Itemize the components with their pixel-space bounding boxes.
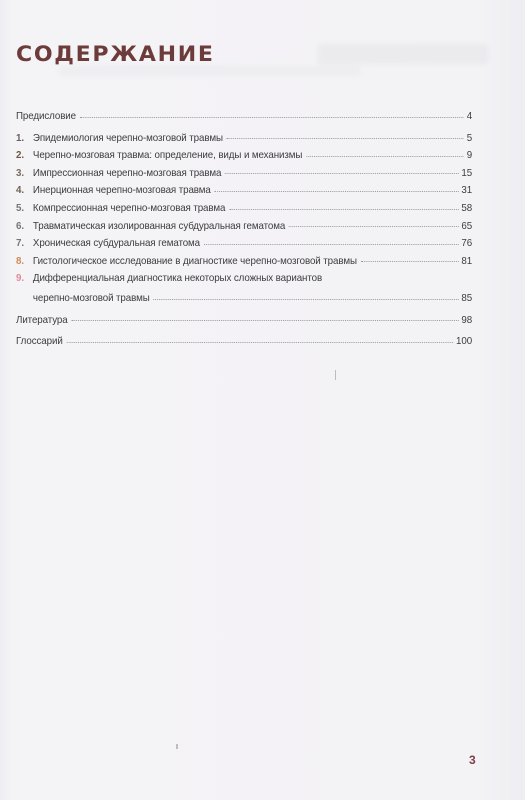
- toc-entry-chapter-2[interactable]: 2.Черепно-мозговая травма: определение, …: [16, 147, 472, 165]
- dot-leader: [80, 116, 464, 118]
- chapter-number: 7.: [16, 235, 33, 253]
- chapter-number: 2.: [16, 147, 33, 165]
- dot-leader: [153, 298, 458, 300]
- chapter-number: 8.: [16, 253, 33, 271]
- chapter-number: 9.: [16, 270, 33, 288]
- toc-entry-page: 85: [461, 290, 472, 308]
- toc-entry-label: Импрессионная черепно-мозговая травма: [33, 165, 221, 183]
- toc-entry-page: 31: [461, 182, 472, 200]
- toc-entry-chapter-4[interactable]: 4.Инерционная черепно-мозговая травма31: [16, 182, 472, 200]
- paper-scratch: [335, 370, 336, 380]
- toc-entry-chapter-3[interactable]: 3.Импрессионная черепно-мозговая травма1…: [16, 165, 472, 183]
- toc-entry-label: Инерционная черепно-мозговая травма: [33, 182, 211, 200]
- toc-entry-chapter-9[interactable]: 9.Дифференциальная диагностика некоторых…: [16, 270, 472, 288]
- toc-entry-page: 100: [456, 333, 472, 351]
- toc-entry-label: Глоссарий: [16, 333, 63, 351]
- dot-leader: [204, 243, 459, 245]
- toc-entry-page: 76: [461, 235, 472, 253]
- toc-entry-chapter-8[interactable]: 8.Гистологическое исследование в диагнос…: [16, 253, 472, 271]
- book-page: СОДЕРЖАНИЕ Предисловие 4 1.Эпидемиология…: [0, 0, 525, 800]
- toc-entry-label: Гистологическое исследование в диагности…: [33, 253, 357, 271]
- dot-leader: [66, 341, 453, 343]
- dot-leader: [289, 225, 459, 227]
- toc-entry-page: 98: [461, 312, 472, 330]
- show-through-text: [318, 44, 488, 64]
- toc-entry-page: 15: [461, 165, 472, 183]
- dot-leader: [215, 190, 459, 192]
- toc-entry-glossary[interactable]: Глоссарий 100: [16, 333, 472, 351]
- chapter-number: 4.: [16, 182, 33, 200]
- dot-leader: [71, 319, 458, 321]
- toc-entry-page: 65: [461, 218, 472, 236]
- dot-leader: [229, 208, 458, 210]
- chapter-number: 6.: [16, 218, 33, 236]
- toc-entry-label: Литература: [16, 312, 68, 330]
- toc-entry-label: Травматическая изолированная субдуральна…: [33, 218, 285, 236]
- toc-entry-page: 81: [461, 253, 472, 271]
- toc-entry-label: Дифференциальная диагностика некоторых с…: [33, 270, 322, 288]
- toc-entry-chapter-5[interactable]: 5.Компрессионная черепно-мозговая травма…: [16, 200, 472, 218]
- table-of-contents: Предисловие 4 1.Эпидемиология черепно-мо…: [16, 108, 472, 351]
- dot-leader: [306, 155, 464, 157]
- toc-entry-chapter-6[interactable]: 6.Травматическая изолированная субдураль…: [16, 218, 472, 236]
- toc-entry-literature[interactable]: Литература 98: [16, 312, 472, 330]
- page-title: СОДЕРЖАНИЕ: [16, 42, 215, 66]
- toc-entry-label: Черепно-мозговая травма: определение, ви…: [33, 147, 302, 165]
- toc-entry-chapter-7[interactable]: 7.Хроническая субдуральная гематома76: [16, 235, 472, 253]
- dot-leader: [227, 137, 464, 139]
- chapter-number: 5.: [16, 200, 33, 218]
- toc-entry-label: Эпидемиология черепно-мозговой травмы: [33, 130, 223, 148]
- toc-entry-preface[interactable]: Предисловие 4: [16, 108, 472, 126]
- toc-entry-label-continued: черепно-мозговой травмы: [16, 290, 150, 308]
- toc-entry-page: 58: [461, 200, 472, 218]
- toc-entry-page: 5: [467, 130, 472, 148]
- toc-entry-label: Компрессионная черепно-мозговая травма: [33, 200, 225, 218]
- show-through-text: [60, 66, 360, 76]
- dot-leader: [225, 172, 458, 174]
- toc-entry-chapter-1[interactable]: 1.Эпидемиология черепно-мозговой травмы5: [16, 130, 472, 148]
- toc-entry-chapter-9-continued[interactable]: черепно-мозговой травмы85: [16, 290, 472, 308]
- chapter-number: 1.: [16, 130, 33, 148]
- toc-entry-label: Хроническая субдуральная гематома: [33, 235, 200, 253]
- toc-entry-page: 4: [467, 108, 472, 126]
- page-number: 3: [469, 753, 476, 767]
- toc-entry-label: Предисловие: [16, 108, 76, 126]
- dot-leader: [361, 260, 459, 262]
- chapter-number: 3.: [16, 165, 33, 183]
- chapter-list: 1.Эпидемиология черепно-мозговой травмы5…: [16, 130, 472, 308]
- toc-entry-page: 9: [467, 147, 472, 165]
- paper-scratch: [176, 744, 178, 749]
